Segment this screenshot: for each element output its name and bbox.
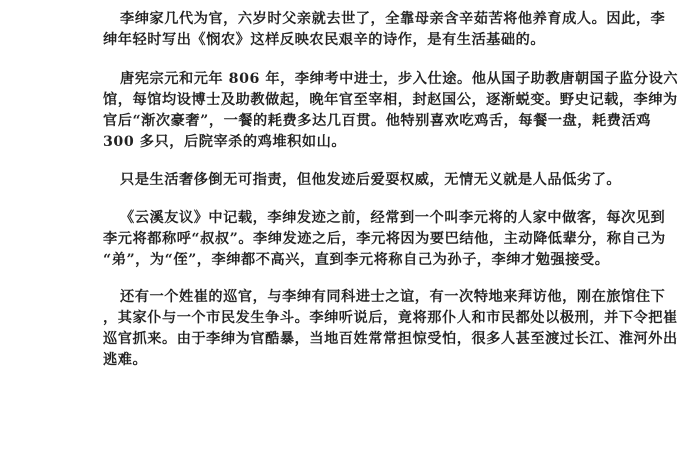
paragraph-5-line-3: 巡官抓来。由于李绅为官酷暴，当地百姓常常担惊受怕，很多人甚至渡过长江、淮河外出 — [103, 329, 593, 349]
paragraph-2-line-2: 馆，每馆均设博士及助教做起，晚年官至宰相，封赵国公，逐渐蜕变。野史记载，李绅为 — [103, 90, 593, 110]
paragraph-4-line-3: “弟”，为“侄”，李绅都不高兴，直到李元将称自己为孙子，李绅才勉强接受。 — [103, 250, 593, 270]
paragraph-5-line-4: 逃难。 — [103, 350, 593, 370]
scanned-document-page: 李绅家几代为官，六岁时父亲就去世了，全靠母亲含辛茹苦将他养育成人。因此，李 绅年… — [0, 0, 700, 470]
paragraph-4-line-1: 《云溪友议》中记载，李绅发迹之前，经常到一个叫李元将的人家中做客，每次见到 — [120, 208, 593, 228]
paragraph-2-line-4: 300 多只，后院宰杀的鸡堆积如山。 — [103, 132, 593, 152]
paragraph-1-line-1: 李绅家几代为官，六岁时父亲就去世了，全靠母亲含辛茹苦将他养育成人。因此，李 — [120, 9, 593, 29]
paragraph-4-line-2: 李元将都称呼“叔叔”。李绅发迹之后，李元将因为要巴结他，主动降低辈分，称自己为 — [103, 229, 593, 249]
paragraph-3-line-1: 只是生活奢侈倒无可指责，但他发迹后爱耍权威，无情无义就是人品低劣了。 — [120, 170, 593, 190]
paragraph-1-line-2: 绅年轻时写出《悯农》这样反映农民艰辛的诗作，是有生活基础的。 — [103, 30, 593, 50]
paragraph-5-line-1: 还有一个姓崔的巡官，与李绅有同科进士之谊，有一次特地来拜访他，刚在旅馆住下 — [120, 287, 593, 307]
paragraph-2-line-3: 官后“渐次豪奢”，一餐的耗费多达几百贯。他特别喜欢吃鸡舌，每餐一盘，耗费活鸡 — [103, 111, 593, 131]
paragraph-2-line-1: 唐宪宗元和元年 806 年，李绅考中进士，步入仕途。他从国子助教唐朝国子监分设六 — [120, 69, 593, 89]
paragraph-5-line-2: ，其家仆与一个市民发生争斗。李绅听说后，竟将那仆人和市民都处以极刑，并下令把崔 — [103, 308, 593, 328]
